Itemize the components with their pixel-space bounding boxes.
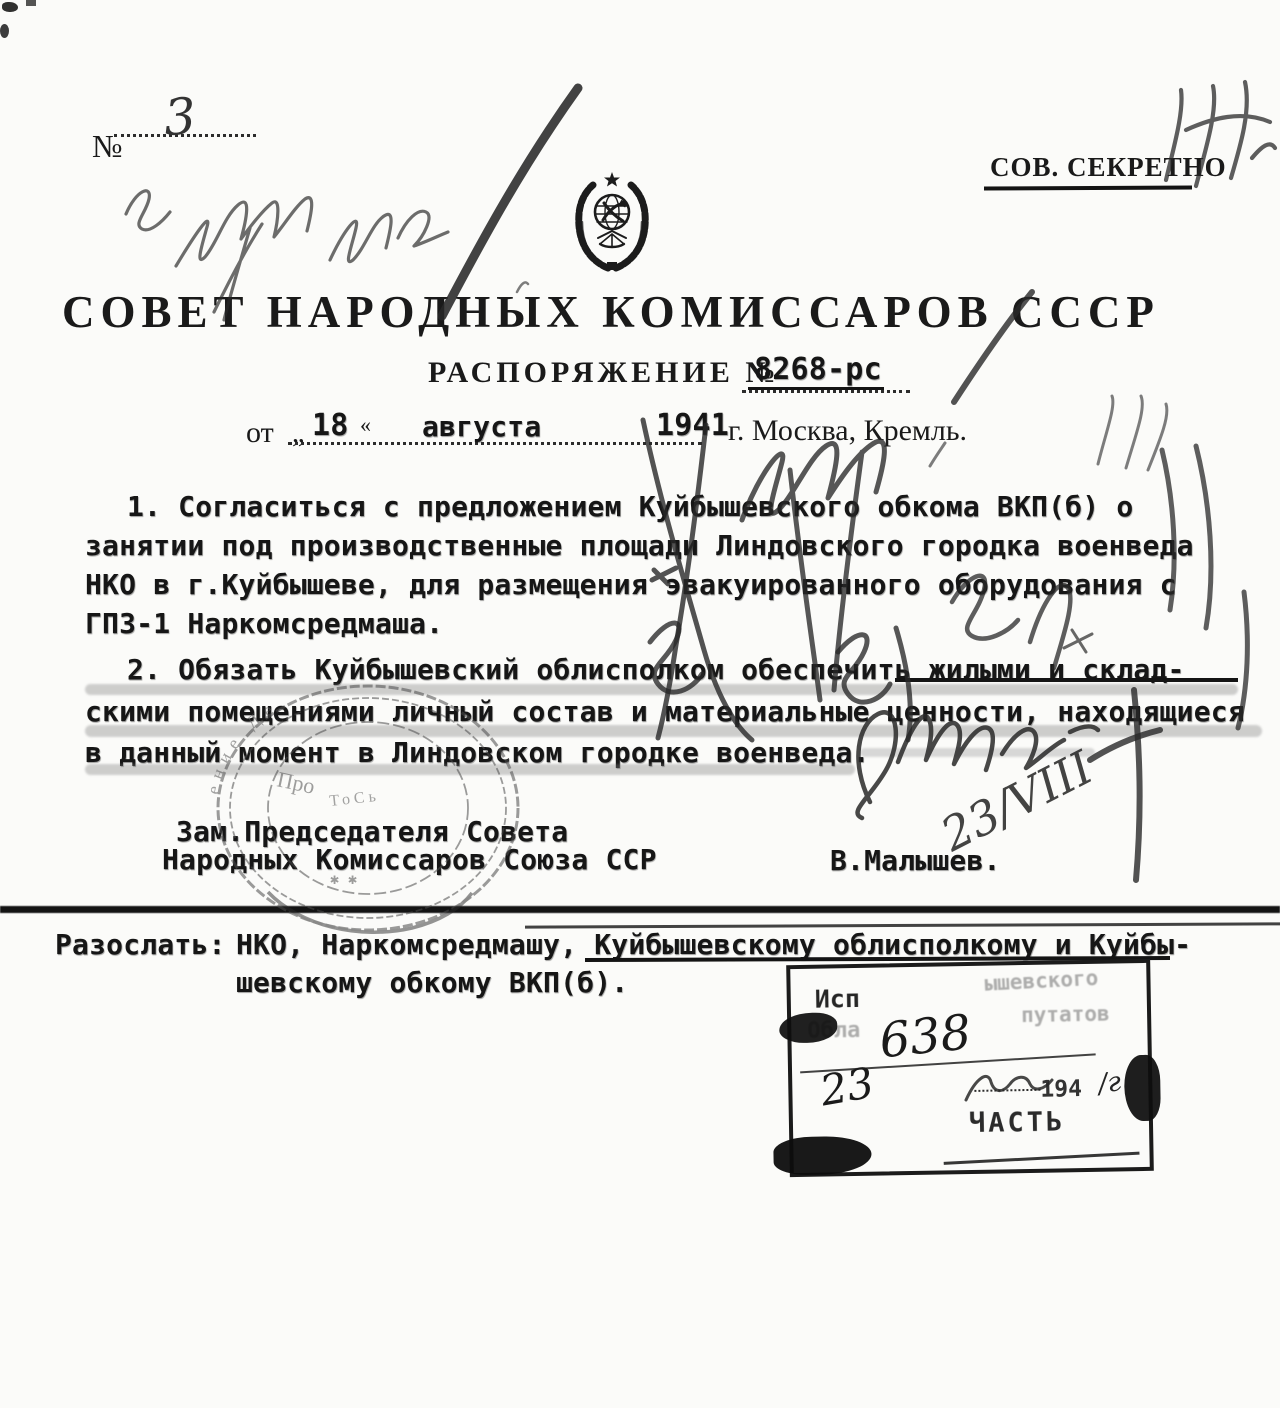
scan-artifact xyxy=(2,2,18,12)
stamp-year: 194 xyxy=(1040,1076,1082,1103)
signature-name: В.Малышев. xyxy=(830,844,1001,877)
order-number-underline xyxy=(748,387,884,390)
signature-position-line2: Народных Комиссаров Союза ССР xyxy=(162,843,657,876)
handwritten-cross-mark xyxy=(1064,630,1092,652)
distribution-label: Разослать: xyxy=(55,928,226,961)
order-number-ruling xyxy=(742,390,910,393)
date-place: г. Москва, Кремль. xyxy=(728,414,967,448)
date-month: августа xyxy=(422,410,541,443)
handwritten-slash-mark xyxy=(442,88,578,316)
ussr-coat-of-arms-icon xyxy=(570,168,654,274)
stamp-caption: ЧАСТЬ xyxy=(969,1106,1066,1139)
stamp-dotted-line xyxy=(974,1089,1040,1092)
paragraph-1-line: занятии под производственные площади Лин… xyxy=(85,529,1194,562)
date-open-quote: „ xyxy=(292,418,304,450)
scan-artifact xyxy=(0,24,9,38)
stamp-text-fragment: путатов xyxy=(1021,1002,1110,1028)
secrecy-underline xyxy=(984,185,1192,190)
order-label: РАСПОРЯЖЕНИЕ № xyxy=(428,356,780,390)
smudge-underline xyxy=(85,684,1238,695)
date-year: 1941 xyxy=(656,408,729,443)
stamp-number-handwritten: 638 xyxy=(877,1004,974,1069)
paragraph-1-line: 1. Согласиться с предложением Куйбышевск… xyxy=(127,490,1133,523)
paragraph-2-line: скими помещениями личный состав и матери… xyxy=(85,695,1245,728)
stamp-day-handwritten: 23 xyxy=(816,1058,877,1116)
smudge-underline xyxy=(85,764,855,775)
doc-number-value: 3 xyxy=(162,87,198,147)
date-day: 18 xyxy=(312,408,349,443)
secrecy-label: СОВ. СЕКРЕТНО xyxy=(990,152,1227,183)
org-title: СОВЕТ НАРОДНЫХ КОМИССАРОВ СССР xyxy=(62,286,1160,338)
stamp-text-fragment: Исп xyxy=(815,984,861,1014)
stamp-year-suffix: /г xyxy=(1096,1066,1122,1100)
separator-rule-thick xyxy=(0,906,1280,913)
smudge-underline xyxy=(85,725,1262,737)
smudge-underline xyxy=(860,748,1095,757)
order-number: 8268-рс xyxy=(754,352,882,387)
date-close-quote: « xyxy=(360,412,371,438)
scan-artifact xyxy=(26,0,36,6)
date-prefix: от xyxy=(246,416,274,450)
round-stamp-inner-text: ТоСь xyxy=(329,788,381,810)
distribution-line2: шевскому обкому ВКП(б). xyxy=(236,966,628,999)
ink-blob xyxy=(773,1136,872,1176)
paragraph-1-line: ГПЗ-1 Наркомсредмаша. xyxy=(85,607,443,640)
ink-blob xyxy=(1124,1055,1161,1122)
paragraph-1-line: НКО в г.Куйбышеве, для размещения эвакуи… xyxy=(85,568,1177,601)
document-page: № 3 СОВ. СЕКРЕТНО СОВЕТ НАРОДНЫХ КОМИССА… xyxy=(0,0,1280,1408)
stamp-rule xyxy=(944,1152,1140,1165)
stamp-text-fragment: ышевского xyxy=(984,966,1099,996)
registration-stamp: Исп Обла ышевского путатов 638 23 194 /г… xyxy=(786,959,1154,1177)
emphasis-underline xyxy=(895,678,1238,682)
